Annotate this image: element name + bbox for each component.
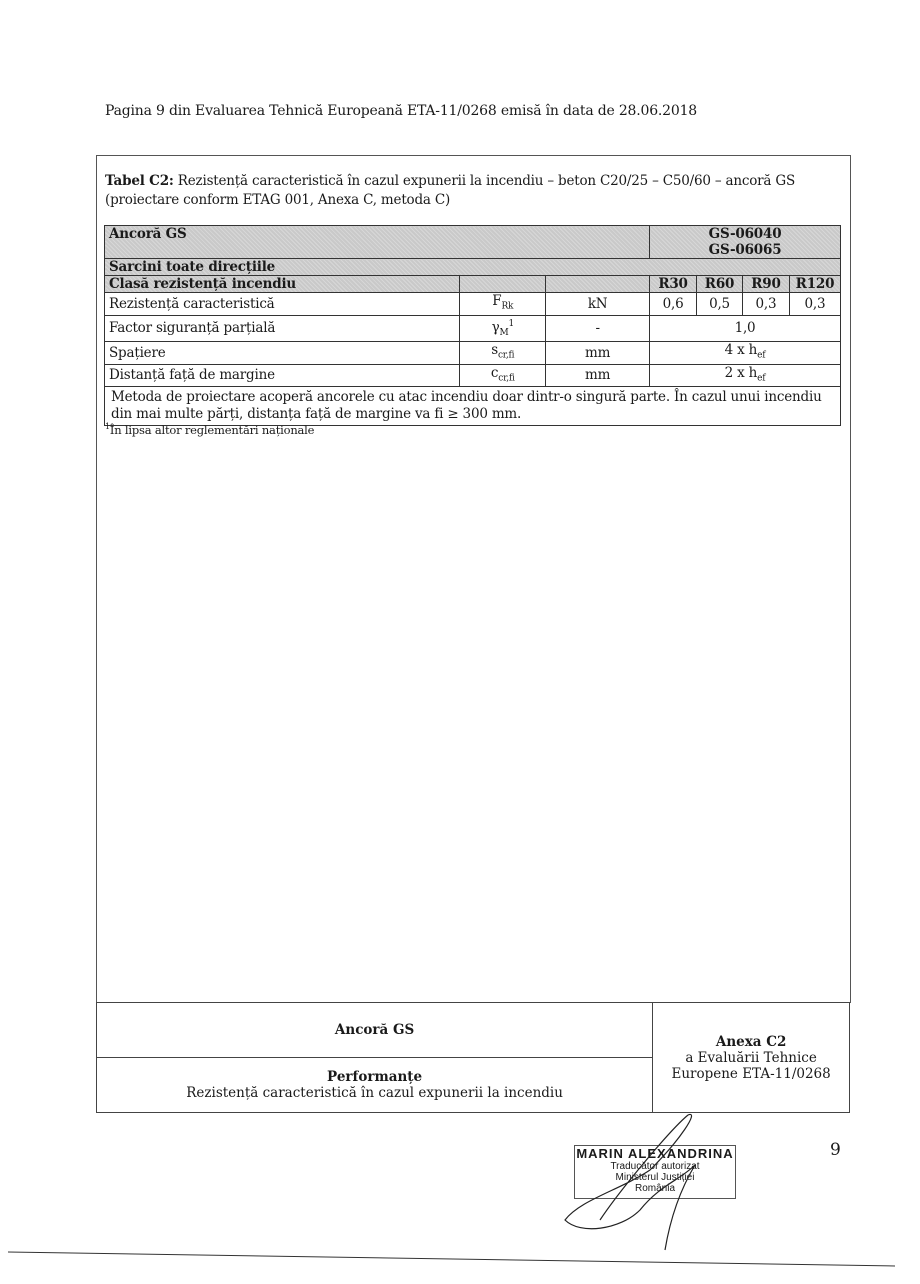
row-unit: mm (546, 341, 650, 364)
row-unit: kN (546, 293, 650, 316)
signature-icon (560, 1110, 760, 1255)
footer-block: Ancoră GS Anexa C2 a Evaluării Tehnice E… (96, 1002, 850, 1113)
row-symbol: scr,fi (460, 341, 546, 364)
class-r120: R120 (789, 276, 840, 293)
table-row: Distanță față de margine ccr,fi mm 2 x h… (105, 364, 841, 387)
row-symbol: FRk (460, 293, 546, 316)
page-number: 9 (830, 1140, 841, 1160)
row-label: Factor siguranță parțială (105, 315, 460, 341)
row-value: 1,0 (650, 315, 841, 341)
row-label: Rezistență caracteristică (105, 293, 460, 316)
row-value: 2 x hef (650, 364, 841, 387)
page-header: Pagina 9 din Evaluarea Tehnică Europeană… (105, 103, 697, 119)
row-symbol: γM1 (460, 315, 546, 341)
fire-class-label: Clasă rezistență incendiu (105, 276, 460, 293)
class-r30: R30 (650, 276, 697, 293)
row-label: Distanță față de margine (105, 364, 460, 387)
row-unit: mm (546, 364, 650, 387)
value-r90: 0,3 (742, 293, 789, 316)
table-row: Rezistență caracteristică FRk kN 0,6 0,5… (105, 293, 841, 316)
value-r120: 0,3 (789, 293, 840, 316)
class-r90: R90 (742, 276, 789, 293)
footnote: 1În lipsa altor reglementări naționale (105, 422, 314, 437)
table-note: Metoda de proiectare acoperă ancorele cu… (105, 387, 841, 426)
value-r60: 0,5 (697, 293, 743, 316)
empty-cell (460, 276, 546, 293)
anchor-label: Ancoră GS (105, 226, 650, 259)
caption-label: Tabel C2: (105, 173, 174, 189)
row-label: Spațiere (105, 341, 460, 364)
caption-text: Rezistență caracteristică în cazul expun… (105, 173, 795, 208)
row-unit: - (546, 315, 650, 341)
table-row: Factor siguranță parțială γM1 - 1,0 (105, 315, 841, 341)
empty-cell (546, 276, 650, 293)
model-1: GS-06040 (654, 226, 836, 242)
table-row: Spațiere scr,fi mm 4 x hef (105, 341, 841, 364)
value-r30: 0,6 (650, 293, 697, 316)
model-2: GS-06065 (654, 242, 836, 258)
fire-resistance-table: Ancoră GS GS-06040 GS-06065 Sarcini toat… (104, 225, 841, 426)
table-caption: Tabel C2: Rezistență caracteristică în c… (105, 172, 845, 210)
row-value: 4 x hef (650, 341, 841, 364)
row-symbol: ccr,fi (460, 364, 546, 387)
footer-product: Ancoră GS (97, 1003, 653, 1058)
footer-section: Performanțe Rezistență caracteristică în… (97, 1058, 653, 1113)
footer-annex: Anexa C2 a Evaluării Tehnice Europene ET… (653, 1003, 850, 1113)
load-direction-label: Sarcini toate direcțiile (105, 259, 841, 276)
anchor-models: GS-06040 GS-06065 (650, 226, 841, 259)
class-r60: R60 (697, 276, 743, 293)
